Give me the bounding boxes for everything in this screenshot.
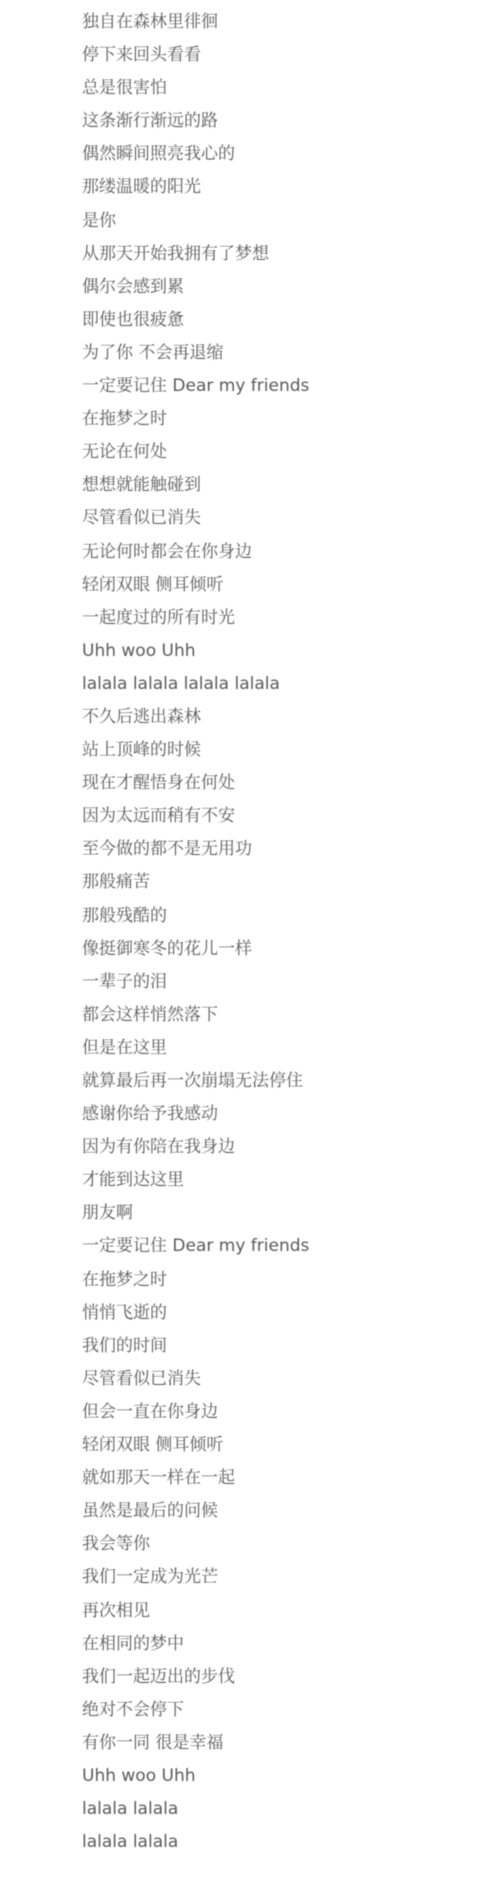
lyric-line: 不久后逃出森林 xyxy=(82,701,309,734)
lyric-line: 就如那天一样在一起 xyxy=(82,1462,309,1495)
lyric-line: 轻闭双眼 侧耳倾听 xyxy=(82,569,309,602)
lyric-line: Uhh woo Uhh xyxy=(82,1760,309,1793)
lyric-line: lalala lalala lalala lalala xyxy=(82,668,309,701)
lyric-line: 但是在这里 xyxy=(82,1032,309,1065)
lyric-line: 想想就能触碰到 xyxy=(82,469,309,502)
lyric-line: 一定要记住 Dear my friends xyxy=(82,1230,309,1263)
lyric-line: 尽管看似已消失 xyxy=(82,502,309,535)
lyric-line: 在拖梦之时 xyxy=(82,1264,309,1297)
lyric-line: 再次相见 xyxy=(82,1595,309,1628)
lyric-line: 总是很害怕 xyxy=(82,72,309,105)
lyric-line: 是你 xyxy=(82,205,309,238)
lyric-line: 我们的时间 xyxy=(82,1330,309,1363)
lyric-line: lalala lalala xyxy=(82,1826,309,1859)
lyric-line: 尽管看似已消失 xyxy=(82,1363,309,1396)
lyric-line: 虽然是最后的问候 xyxy=(82,1495,309,1528)
lyric-line: 就算最后再一次崩塌无法停住 xyxy=(82,1065,309,1098)
lyric-line: 因为有你陪在我身边 xyxy=(82,1131,309,1164)
lyric-line: 感谢你给予我感动 xyxy=(82,1098,309,1131)
lyric-line: 一辈子的泪 xyxy=(82,966,309,999)
lyric-line: 轻闭双眼 侧耳倾听 xyxy=(82,1429,309,1462)
lyric-line: 有你一同 很是幸福 xyxy=(82,1727,309,1760)
lyric-line: 那缕温暖的阳光 xyxy=(82,171,309,204)
lyrics-list: 独自在森林里徘徊停下来回头看看总是很害怕这条渐行渐远的路偶然瞬间照亮我心的那缕温… xyxy=(82,6,309,1859)
lyric-line: 我会等你 xyxy=(82,1528,309,1561)
lyric-line: lalala lalala xyxy=(82,1793,309,1826)
lyric-line: 一起度过的所有时光 xyxy=(82,602,309,635)
lyric-line: 我们一定成为光芒 xyxy=(82,1561,309,1594)
lyric-line: 无论在何处 xyxy=(82,436,309,469)
lyric-line: 但会一直在你身边 xyxy=(82,1396,309,1429)
lyric-line: 无论何时都会在你身边 xyxy=(82,536,309,569)
lyric-line: Uhh woo Uhh xyxy=(82,635,309,668)
lyric-line: 因为太远而稍有不安 xyxy=(82,800,309,833)
lyric-line: 从那天开始我拥有了梦想 xyxy=(82,238,309,271)
lyric-line: 独自在森林里徘徊 xyxy=(82,6,309,39)
lyric-line: 那般痛苦 xyxy=(82,866,309,899)
lyric-line: 绝对不会停下 xyxy=(82,1694,309,1727)
lyric-line: 悄悄飞逝的 xyxy=(82,1297,309,1330)
lyric-line: 都会这样悄然落下 xyxy=(82,999,309,1032)
lyric-line: 偶然瞬间照亮我心的 xyxy=(82,138,309,171)
lyric-line: 现在才醒悟身在何处 xyxy=(82,767,309,800)
lyric-line: 至今做的都不是无用功 xyxy=(82,833,309,866)
lyric-line: 一定要记住 Dear my friends xyxy=(82,370,309,403)
lyric-line: 为了你 不会再退缩 xyxy=(82,337,309,370)
lyric-line: 偶尔会感到累 xyxy=(82,271,309,304)
lyric-line: 停下来回头看看 xyxy=(82,39,309,72)
lyric-line: 朋友啊 xyxy=(82,1197,309,1230)
lyric-line: 像挺御寒冬的花儿一样 xyxy=(82,933,309,966)
lyric-line: 我们一起迈出的步伐 xyxy=(82,1661,309,1694)
lyric-line: 才能到达这里 xyxy=(82,1164,309,1197)
lyric-line: 那般残酷的 xyxy=(82,900,309,933)
lyric-line: 站上顶峰的时候 xyxy=(82,734,309,767)
lyric-line: 这条渐行渐远的路 xyxy=(82,105,309,138)
lyric-line: 即使也很疲惫 xyxy=(82,304,309,337)
lyric-line: 在拖梦之时 xyxy=(82,403,309,436)
lyric-line: 在相同的梦中 xyxy=(82,1628,309,1661)
